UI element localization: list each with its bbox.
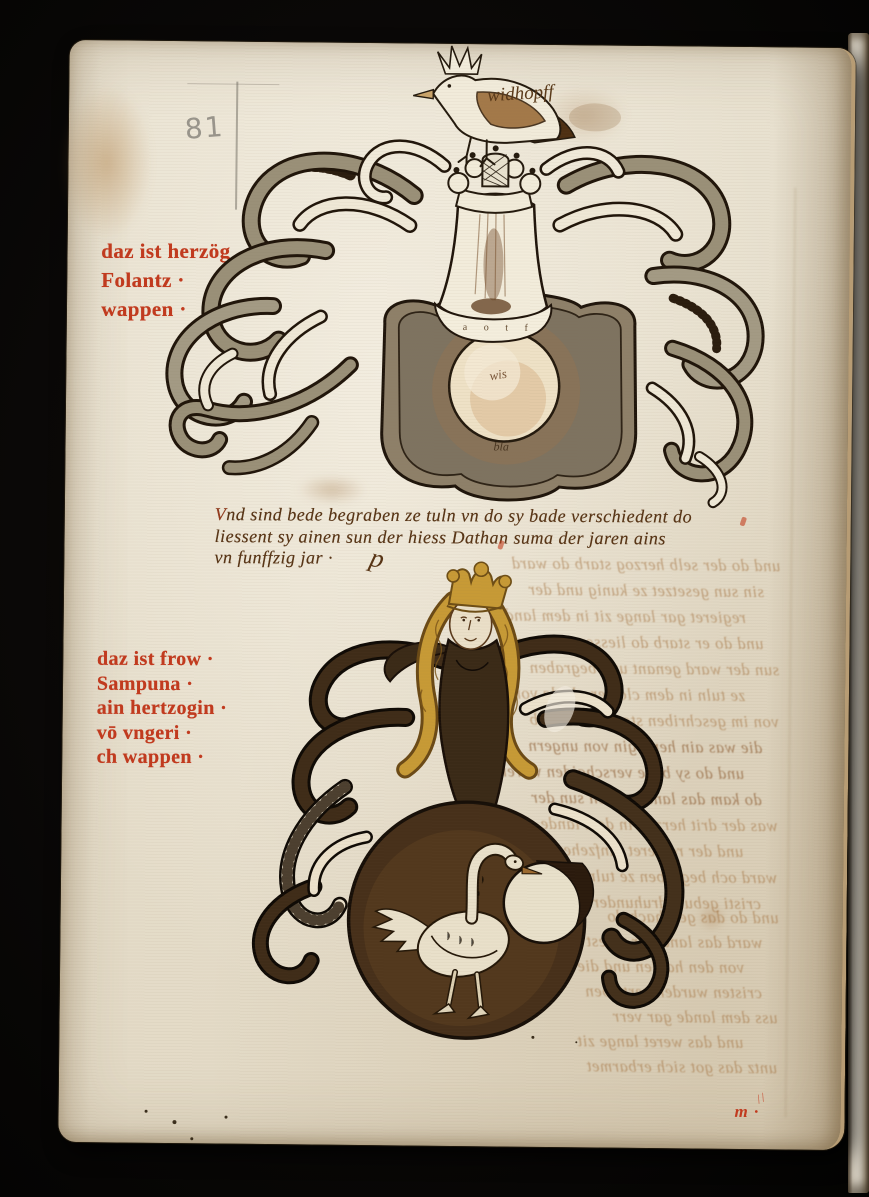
color-note-wis: wis bbox=[488, 366, 508, 384]
crowned-duchess bbox=[383, 561, 583, 821]
page-crease bbox=[785, 188, 797, 1118]
shield-swan-roundel bbox=[347, 801, 594, 1040]
crown bbox=[448, 145, 541, 213]
ink-speck bbox=[145, 1110, 148, 1113]
crest-duke-folant-drawing: wis bla a o t f bbox=[111, 52, 776, 511]
ink-speck bbox=[225, 1116, 228, 1119]
chronicle-line: Vnd sind bede begraben ze tuln vn do sy … bbox=[215, 504, 815, 529]
bleedthrough-line: untz das got sich erbarmet bbox=[477, 1052, 777, 1080]
quire-mark-letter: m · bbox=[734, 1102, 759, 1122]
helmet: a o t f bbox=[435, 193, 553, 342]
manuscript-photo: und do der selb herzog starb do wardsin … bbox=[0, 0, 869, 1197]
bird-label: widhopff bbox=[487, 81, 557, 106]
chronicle-line: liessent sy ainen sun der hiess Dathan s… bbox=[215, 526, 815, 551]
manuscript-page: und do der selb herzog starb do wardsin … bbox=[58, 40, 855, 1150]
ink-speck bbox=[172, 1120, 176, 1124]
ink-speck bbox=[190, 1137, 193, 1140]
helmet-collar-letters: a o t f bbox=[463, 322, 535, 334]
color-note-bla: bla bbox=[493, 439, 508, 453]
crest-duchess-drawing bbox=[190, 557, 715, 1042]
